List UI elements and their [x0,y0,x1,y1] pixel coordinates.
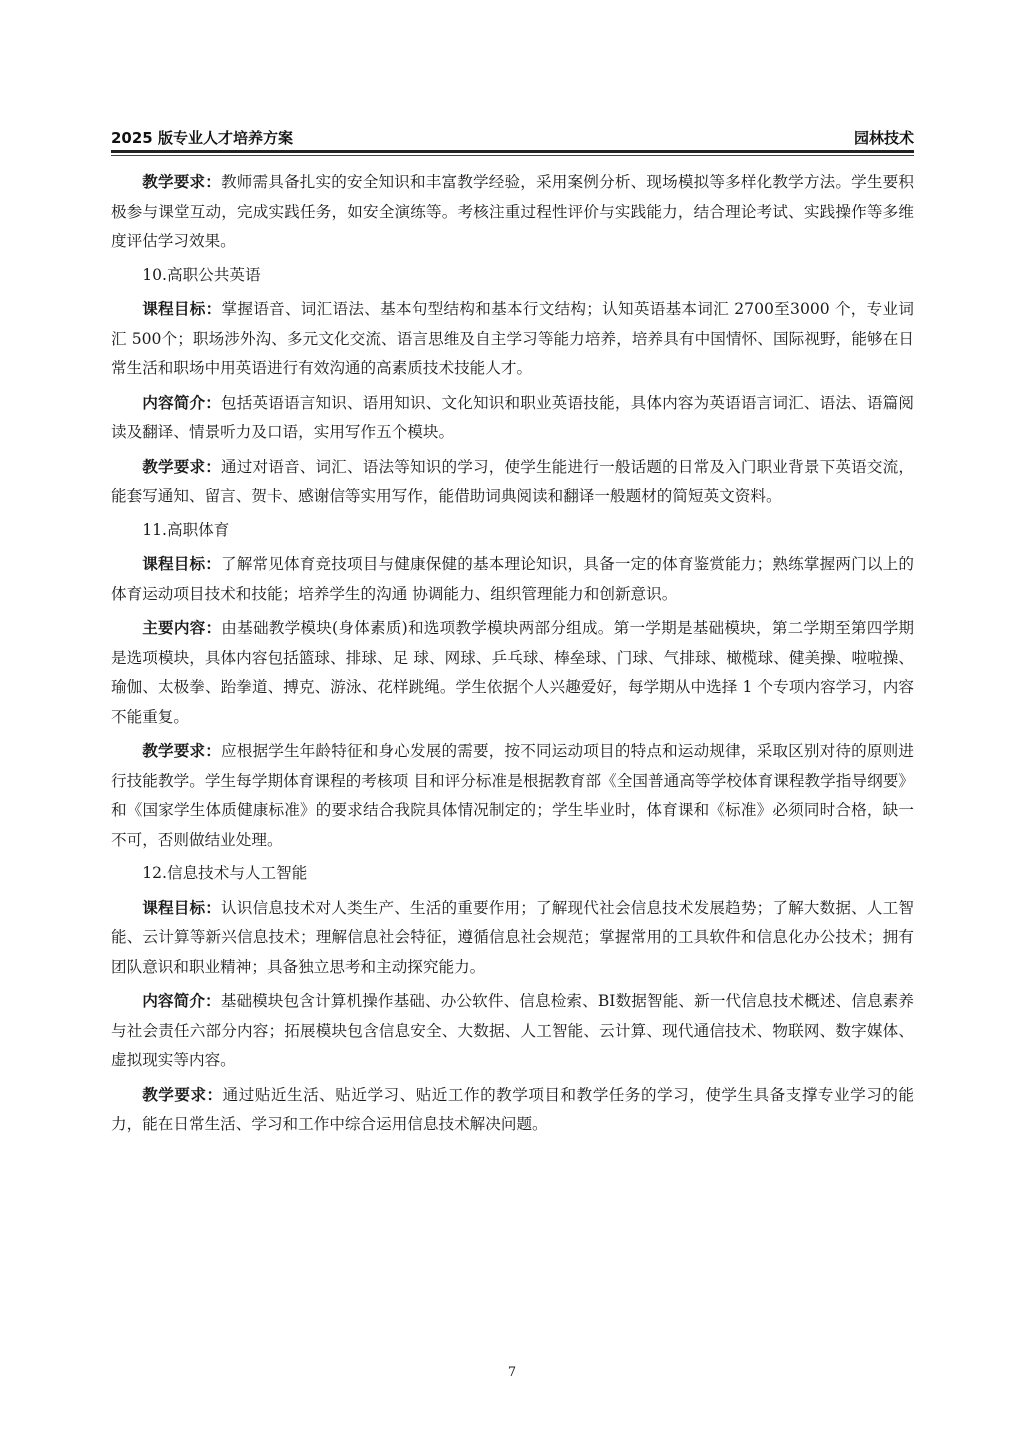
paragraph-lead: 教学要求： [142,457,221,476]
header-rule [111,150,914,154]
paragraph-teaching-requirements: 教学要求：通过对语音、词汇、语法等知识的学习，使学生能进行一般话题的日常及入门职… [111,452,914,512]
paragraph-lead: 教学要求： [142,1085,222,1104]
paragraph-lead: 内容简介： [142,991,221,1010]
paragraph-lead: 主要内容： [142,618,221,637]
paragraph-text: 通过对语音、词汇、语法等知识的学习，使学生能进行一般话题的日常及入门职业背景下英… [111,458,914,506]
paragraph-text: 教师需具备扎实的安全知识和丰富教学经验，采用案例分析、现场模拟等多样化教学方法。… [111,173,914,250]
paragraph-lead: 教学要求： [142,172,221,191]
paragraph-text: 包括英语语言知识、语用知识、文化知识和职业英语技能，具体内容为英语语言词汇、语法… [111,394,914,442]
paragraph-teaching-requirements: 教学要求：应根据学生年龄特征和身心发展的需要，按不同运动项目的特点和运动规律，采… [111,736,914,855]
paragraph-text: 应根据学生年龄特征和身心发展的需要，按不同运动项目的特点和运动规律，采取区别对待… [111,742,914,849]
paragraph-text: 基础模块包含计算机操作基础、办公软件、信息检索、BI数据智能、新一代信息技术概述… [111,992,914,1069]
paragraph-course-goals: 课程目标：掌握语音、词汇语法、基本句型结构和基本行文结构；认知英语基本词汇 27… [111,294,914,384]
paragraph-lead: 课程目标： [142,299,221,318]
paragraph-teaching-requirements: 教学要求：教师需具备扎实的安全知识和丰富教学经验，采用案例分析、现场模拟等多样化… [111,167,914,257]
header-document-title: 2025 版专业人才培养方案 [111,127,293,148]
section-heading-pe: 11.高职体育 [111,516,914,546]
section-heading-it-ai: 12.信息技术与人工智能 [111,859,914,889]
paragraph-text: 通过贴近生活、贴近学习、贴近工作的教学项目和教学任务的学习，使学生具备支撑专业学… [111,1086,914,1134]
paragraph-content-intro: 内容简介：包括英语语言知识、语用知识、文化知识和职业英语技能，具体内容为英语语言… [111,388,914,448]
paragraph-text: 由基础教学模块(身体素质)和选项教学模块两部分组成。第一学期是基础模块，第二学期… [111,619,914,726]
paragraph-lead: 课程目标： [142,898,221,917]
paragraph-text: 掌握语音、词汇语法、基本句型结构和基本行文结构；认知英语基本词汇 2700至30… [111,300,914,377]
paragraph-lead: 教学要求： [142,741,221,760]
paragraph-content-intro: 内容简介：基础模块包含计算机操作基础、办公软件、信息检索、BI数据智能、新一代信… [111,986,914,1076]
page-header: 2025 版专业人才培养方案 园林技术 [111,126,914,148]
paragraph-teaching-requirements: 教学要求：通过贴近生活、贴近学习、贴近工作的教学项目和教学任务的学习，使学生具备… [111,1080,914,1140]
paragraph-course-goals: 课程目标：认识信息技术对人类生产、生活的重要作用；了解现代社会信息技术发展趋势；… [111,893,914,983]
page-body: 教学要求：教师需具备扎实的安全知识和丰富教学经验，采用案例分析、现场模拟等多样化… [111,167,914,1144]
paragraph-text: 了解常见体育竞技项目与健康保健的基本理论知识，具备一定的体育鉴赏能力；熟练掌握两… [111,555,914,603]
paragraph-course-goals: 课程目标：了解常见体育竞技项目与健康保健的基本理论知识，具备一定的体育鉴赏能力；… [111,549,914,609]
paragraph-lead: 课程目标： [142,554,221,573]
paragraph-main-content: 主要内容：由基础教学模块(身体素质)和选项教学模块两部分组成。第一学期是基础模块… [111,613,914,732]
paragraph-text: 认识信息技术对人类生产、生活的重要作用；了解现代社会信息技术发展趋势；了解大数据… [111,899,914,976]
paragraph-lead: 内容简介： [142,393,221,412]
page-number: 7 [0,1365,1024,1380]
header-program-name: 园林技术 [854,127,914,148]
section-heading-english: 10.高职公共英语 [111,261,914,291]
